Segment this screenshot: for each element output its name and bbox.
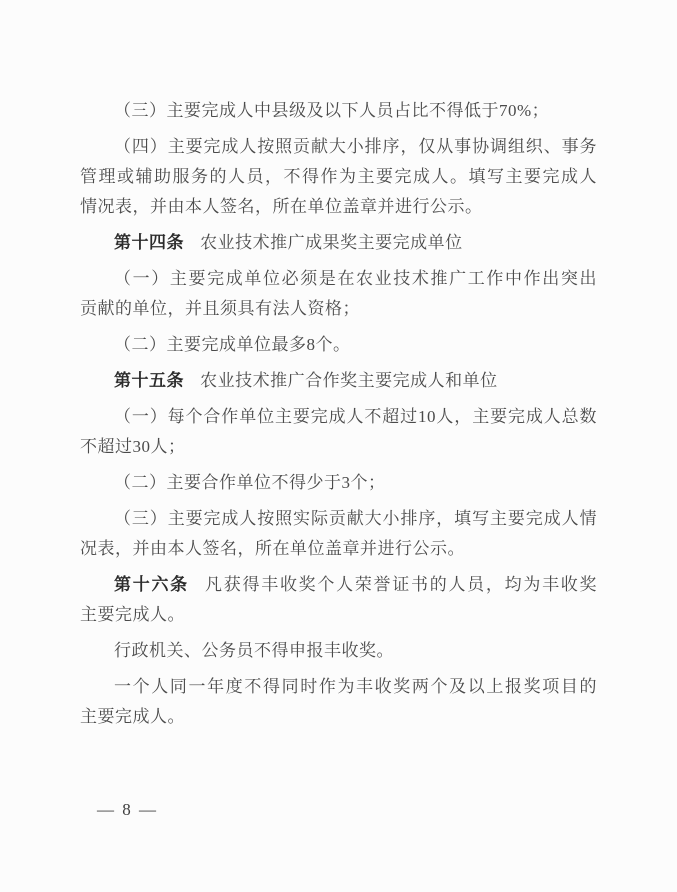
paragraph: （二）主要完成单位最多8个。 (80, 330, 597, 360)
text-line: （二）主要合作单位不得少于3个； (80, 468, 597, 498)
paragraph-article-14: 第十四条农业技术推广成果奖主要完成单位 (80, 228, 597, 258)
text-line: （四）主要完成人按照贡献大小排序，仅从事协调组织、事务 (80, 132, 597, 162)
paragraph: （三）主要完成人按照实际贡献大小排序，填写主要完成人情 况表，并由本人签名，所在… (80, 504, 597, 564)
text-line: （二）主要完成单位最多8个。 (80, 330, 597, 360)
paragraph: （二）主要合作单位不得少于3个； (80, 468, 597, 498)
paragraph: 行政机关、公务员不得申报丰收奖。 (80, 636, 597, 666)
article-title-text: 农业技术推广成果奖主要完成单位 (200, 233, 463, 252)
text-line: 贡献的单位，并且须具有法人资格； (80, 294, 597, 324)
text-line: 况表，并由本人签名，所在单位盖章并进行公示。 (80, 534, 597, 564)
text-line: （三）主要完成人中县级及以下人员占比不得低于70%； (80, 96, 597, 126)
text-line: 主要完成人。 (80, 600, 597, 630)
text-line: 行政机关、公务员不得申报丰收奖。 (80, 636, 597, 666)
paragraph-article-16: 第十六条凡获得丰收奖个人荣誉证书的人员，均为丰收奖 主要完成人。 (80, 570, 597, 630)
text-line: 第十四条农业技术推广成果奖主要完成单位 (80, 228, 597, 258)
paragraph: （一）每个合作单位主要完成人不超过10人，主要完成人总数 不超过30人； (80, 402, 597, 462)
text-line: （三）主要完成人按照实际贡献大小排序，填写主要完成人情 (80, 504, 597, 534)
article-number-label: 第十五条 (114, 371, 184, 390)
text-line: 第十五条农业技术推广合作奖主要完成人和单位 (80, 366, 597, 396)
paragraph: （一）主要完成单位必须是在农业技术推广工作中作出突出 贡献的单位，并且须具有法人… (80, 264, 597, 324)
paragraph: 一个人同一年度不得同时作为丰收奖两个及以上报奖项目的 主要完成人。 (80, 672, 597, 732)
article-body-text: 凡获得丰收奖个人荣誉证书的人员，均为丰收奖 (205, 575, 597, 594)
paragraph: （四）主要完成人按照贡献大小排序，仅从事协调组织、事务 管理或辅助服务的人员，不… (80, 132, 597, 222)
text-line: （一）主要完成单位必须是在农业技术推广工作中作出突出 (80, 264, 597, 294)
text-line: 第十六条凡获得丰收奖个人荣誉证书的人员，均为丰收奖 (80, 570, 597, 600)
text-line: 不超过30人； (80, 432, 597, 462)
text-line: 主要完成人。 (80, 702, 597, 732)
text-line: 情况表，并由本人签名，所在单位盖章并进行公示。 (80, 192, 597, 222)
article-title-text: 农业技术推广合作奖主要完成人和单位 (200, 371, 498, 390)
document-page: （三）主要完成人中县级及以下人员占比不得低于70%； （四）主要完成人按照贡献大… (0, 0, 677, 892)
document-body: （三）主要完成人中县级及以下人员占比不得低于70%； （四）主要完成人按照贡献大… (80, 96, 597, 738)
text-line: 管理或辅助服务的人员，不得作为主要完成人。填写主要完成人 (80, 162, 597, 192)
text-line: 一个人同一年度不得同时作为丰收奖两个及以上报奖项目的 (80, 672, 597, 702)
article-number-label: 第十四条 (114, 233, 184, 252)
article-number-label: 第十六条 (114, 575, 189, 594)
paragraph-article-15: 第十五条农业技术推广合作奖主要完成人和单位 (80, 366, 597, 396)
page-number: — 8 — (97, 800, 158, 820)
text-line: （一）每个合作单位主要完成人不超过10人，主要完成人总数 (80, 402, 597, 432)
paragraph: （三）主要完成人中县级及以下人员占比不得低于70%； (80, 96, 597, 126)
